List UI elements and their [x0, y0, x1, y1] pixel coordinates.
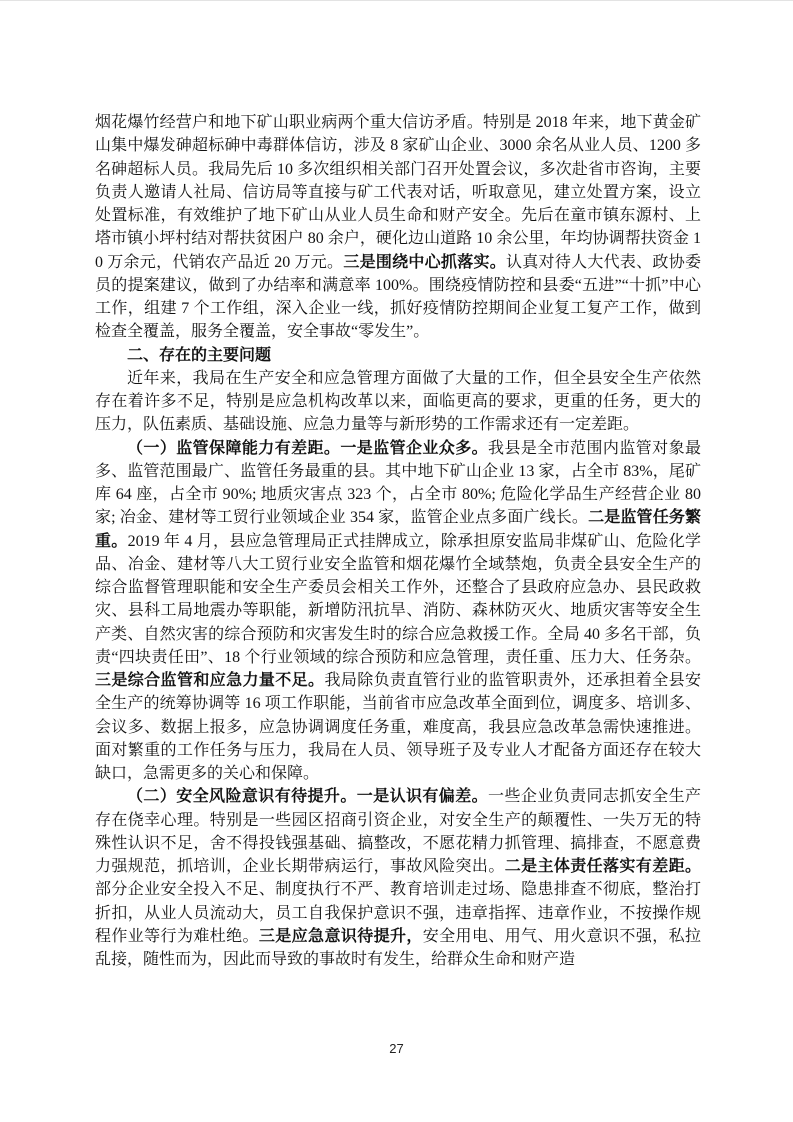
bold-text-run: 二、存在的主要问题	[127, 347, 271, 364]
text-run: 烟花爆竹经营户和地下矿山职业病两个重大信访矛盾。特别是 2018 年来，地下黄金…	[95, 114, 701, 271]
paragraph: （一）监管保障能力有差距。一是监管企业众多。我县是全市范围内监管对象最多、监管范…	[95, 437, 701, 786]
bold-text-run: 三是围绕中心抓落实。	[343, 254, 506, 271]
bold-text-run: （二）安全风险意识有待提升。一是认识有偏差。	[127, 788, 488, 805]
paragraph: （二）安全风险意识有待提升。一是认识有偏差。一些企业负责同志抓安全生产存在侥幸心…	[95, 785, 701, 971]
paragraph: 近年来，我局在生产安全和应急管理方面做了大量的工作，但全县安全生产依然存在着许多…	[95, 367, 701, 437]
bold-text-run: 三是综合监管和应急力量不足。	[95, 672, 324, 689]
bold-text-run: （一）监管保障能力有差距。一是监管企业众多。	[127, 440, 488, 457]
document-body: 烟花爆竹经营户和地下矿山职业病两个重大信访矛盾。特别是 2018 年来，地下黄金…	[95, 111, 701, 971]
section-heading: 二、存在的主要问题	[95, 344, 701, 367]
paragraph: 烟花爆竹经营户和地下矿山职业病两个重大信访矛盾。特别是 2018 年来，地下黄金…	[95, 111, 701, 344]
page-number: 27	[0, 1041, 793, 1056]
document-page: 烟花爆竹经营户和地下矿山职业病两个重大信访矛盾。特别是 2018 年来，地下黄金…	[0, 0, 793, 1122]
bold-text-run: 二是主体责任落实有差距。	[505, 858, 701, 875]
bold-text-run: 三是应急意识待提升，	[259, 928, 423, 945]
text-run: 近年来，我局在生产安全和应急管理方面做了大量的工作，但全县安全生产依然存在着许多…	[95, 370, 701, 434]
text-run: 2019 年 4 月，县应急管理局正式挂牌成立，除承担原安监局非煤矿山、危险化学…	[95, 533, 701, 666]
